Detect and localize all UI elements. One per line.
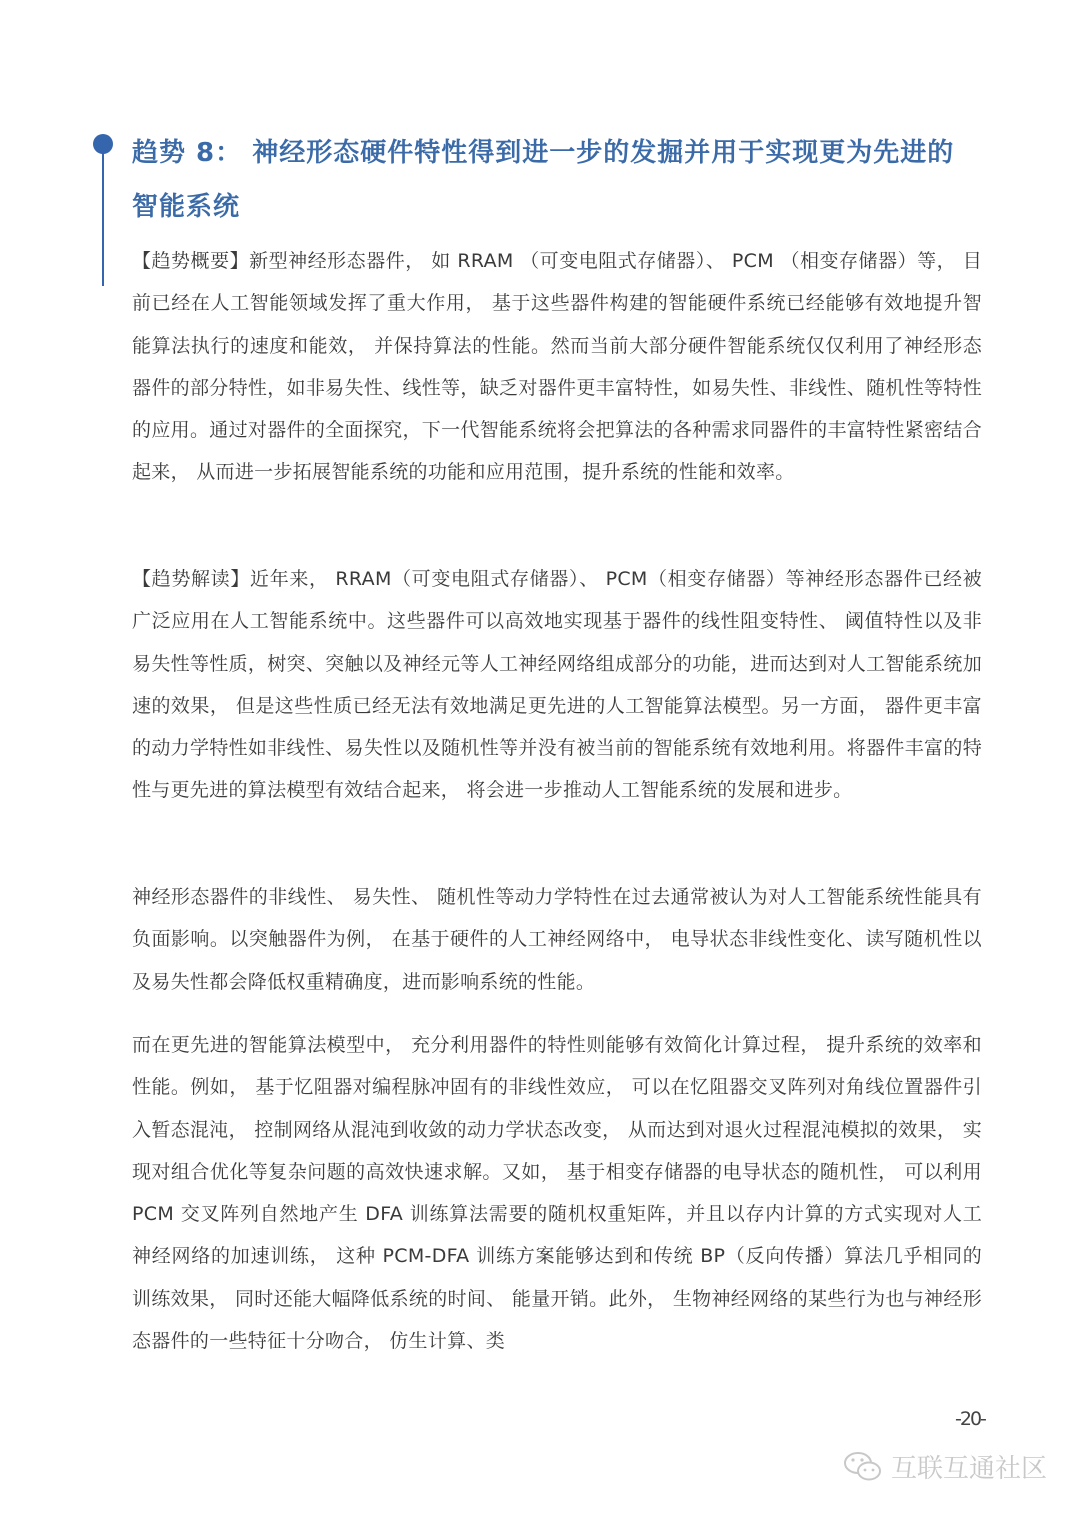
paragraph-advanced-algorithms: 而在更先进的智能算法模型中， 充分利用器件的特性则能够有效简化计算过程， 提升系… — [132, 1024, 982, 1362]
wechat-icon — [843, 1450, 883, 1484]
watermark: 互联互通社区 — [843, 1448, 1047, 1485]
heading-vertical-rule — [102, 150, 104, 286]
heading-line-2: 智能系统 — [132, 180, 992, 234]
watermark-text: 互联互通社区 — [891, 1448, 1047, 1485]
paragraph-device-dynamics: 神经形态器件的非线性、 易失性、 随机性等动力学特性在过去通常被认为对人工智能系… — [132, 876, 982, 1003]
section-heading: 趋势 8： 神经形态硬件特性得到进一步的发掘并用于实现更为先进的 智能系统 — [132, 126, 992, 234]
paragraph-trend-interpretation: 【趋势解读】近年来， RRAM（可变电阻式存储器）、 PCM（相变存储器）等神经… — [132, 558, 982, 812]
paragraph-trend-summary: 【趋势概要】新型神经形态器件， 如 RRAM （可变电阻式存储器）、 PCM （… — [132, 240, 982, 494]
page-number: -20- — [955, 1408, 985, 1430]
heading-line-1: 趋势 8： 神经形态硬件特性得到进一步的发掘并用于实现更为先进的 — [132, 126, 992, 180]
